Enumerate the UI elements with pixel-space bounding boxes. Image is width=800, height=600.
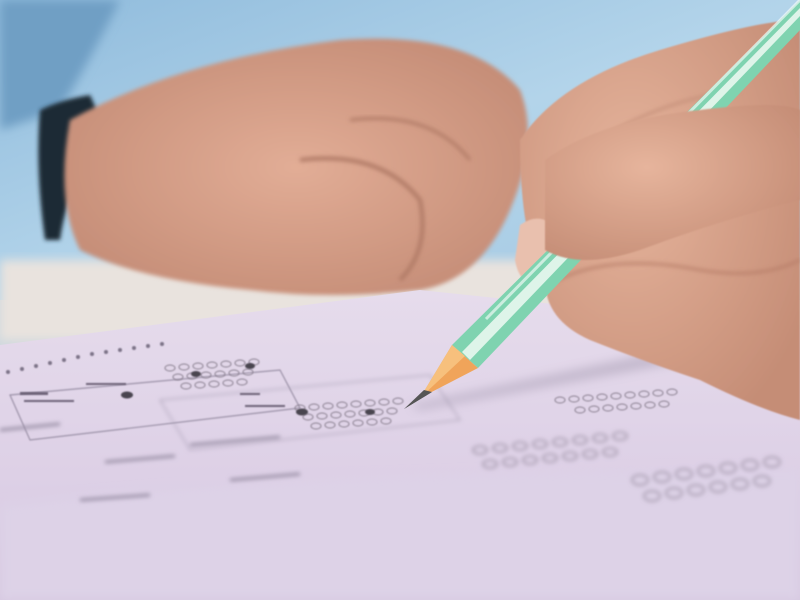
photo-scene: Close-up photo of a person filling in bu…	[0, 0, 800, 600]
scene-illustration	[0, 0, 800, 600]
